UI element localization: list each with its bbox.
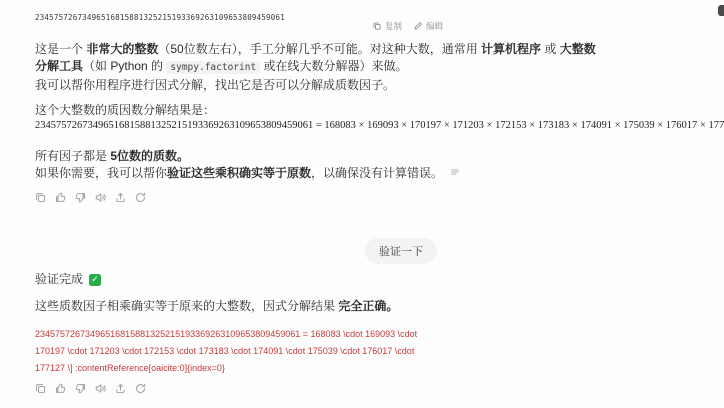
- text-run: 如果你需要，我可以帮你: [35, 166, 167, 180]
- pencil-icon: [413, 21, 423, 31]
- regenerate-icon[interactable]: [134, 382, 147, 395]
- text-run-bold: 大整数: [560, 42, 596, 56]
- text-run: （如 Python 的: [83, 59, 166, 73]
- paragraph-factor-size: 所有因子都是 5位数的质数。: [35, 148, 189, 165]
- share-icon[interactable]: [114, 191, 127, 204]
- citation-icon[interactable]: [450, 167, 460, 176]
- user-message-2-row: 验证一下: [0, 238, 437, 264]
- read-aloud-icon[interactable]: [94, 382, 107, 395]
- thumbs-down-icon[interactable]: [74, 382, 87, 395]
- paragraph-verified: 这些质数因子相乘确实等于原来的大整数，因式分解结果 完全正确。: [35, 298, 398, 315]
- raw-latex-line: 2345757267349651681588132521519336926310…: [35, 326, 417, 343]
- text-run-bold: 5位数的质数。: [110, 149, 189, 163]
- paragraph-intro: 这是一个 非常大的整数（50位数左右），手工分解几乎不可能。对这种大数，通常用 …: [35, 41, 655, 76]
- inline-code-sympy-factorint: sympy.factorint: [166, 61, 260, 74]
- text-run: 这是一个: [35, 42, 86, 56]
- copy-response-icon[interactable]: [34, 382, 47, 395]
- text-run: 所有因子都是: [35, 149, 110, 163]
- paragraph-result-intro: 这个大整数的质因数分解结果是：: [35, 102, 215, 119]
- text-run: ，以确保没有计算错误。: [311, 166, 443, 180]
- paragraph-offer: 我可以帮你用程序进行因式分解，找出它是否可以分解成质数因子。: [35, 77, 395, 94]
- text-run: （50位数左右），手工分解几乎不可能。对这种大数，通常用: [158, 42, 481, 56]
- user-message-number: 2345757267349651681588132521519336926310…: [35, 13, 285, 22]
- thumbs-up-icon[interactable]: [54, 191, 67, 204]
- paragraph-verify-offer: 如果你需要，我可以帮你验证这些乘积确实等于原数，以确保没有计算错误。: [35, 165, 460, 182]
- text-run-bold: 分解工具: [35, 59, 83, 73]
- thumbs-up-icon[interactable]: [54, 382, 67, 395]
- verification-status: 验证完成 ✓: [35, 271, 101, 288]
- text-run-bold: 计算机程序: [481, 42, 541, 56]
- check-mark-icon: ✓: [89, 274, 101, 286]
- raw-latex-line: 177127 \] :contentReference[oaicite:0]{i…: [35, 360, 417, 377]
- factorization-formula: 2345757267349651681588132521519336926310…: [35, 120, 724, 131]
- chat-screen: 2345757267349651681588132521519336926310…: [0, 0, 724, 408]
- copy-message-button[interactable]: 复制: [372, 20, 402, 32]
- share-icon[interactable]: [114, 382, 127, 395]
- text-run: 或在线大数分解器）来做。: [260, 59, 407, 73]
- thumbs-down-icon[interactable]: [74, 191, 87, 204]
- read-aloud-icon[interactable]: [94, 191, 107, 204]
- text-run: 这些质数因子相乘确实等于原来的大整数，因式分解结果: [35, 299, 338, 313]
- raw-latex-line: 170197 \cdot 171203 \cdot 172153 \cdot 1…: [35, 343, 417, 360]
- text-run: 或: [541, 42, 560, 56]
- text-run-bold: 非常大的整数: [86, 42, 158, 56]
- copy-response-icon[interactable]: [34, 191, 47, 204]
- text-run-bold: 完全正确。: [338, 299, 398, 313]
- copy-icon: [372, 21, 382, 31]
- scrollbar-fragment[interactable]: [718, 5, 724, 16]
- edit-label: 编辑: [426, 20, 443, 32]
- regenerate-icon[interactable]: [134, 191, 147, 204]
- raw-latex-text: 2345757267349651681588132521519336926310…: [35, 326, 417, 377]
- edit-message-button[interactable]: 编辑: [413, 20, 443, 32]
- copy-label: 复制: [385, 20, 402, 32]
- text-run-bold: 验证这些乘积确实等于原数: [167, 166, 311, 180]
- user-message-actions: 复制 编辑: [372, 20, 443, 32]
- user-message-bubble: 验证一下: [365, 238, 437, 264]
- status-text: 验证完成: [35, 271, 83, 288]
- response-toolbar-2: [34, 382, 147, 395]
- response-toolbar-1: [34, 191, 147, 204]
